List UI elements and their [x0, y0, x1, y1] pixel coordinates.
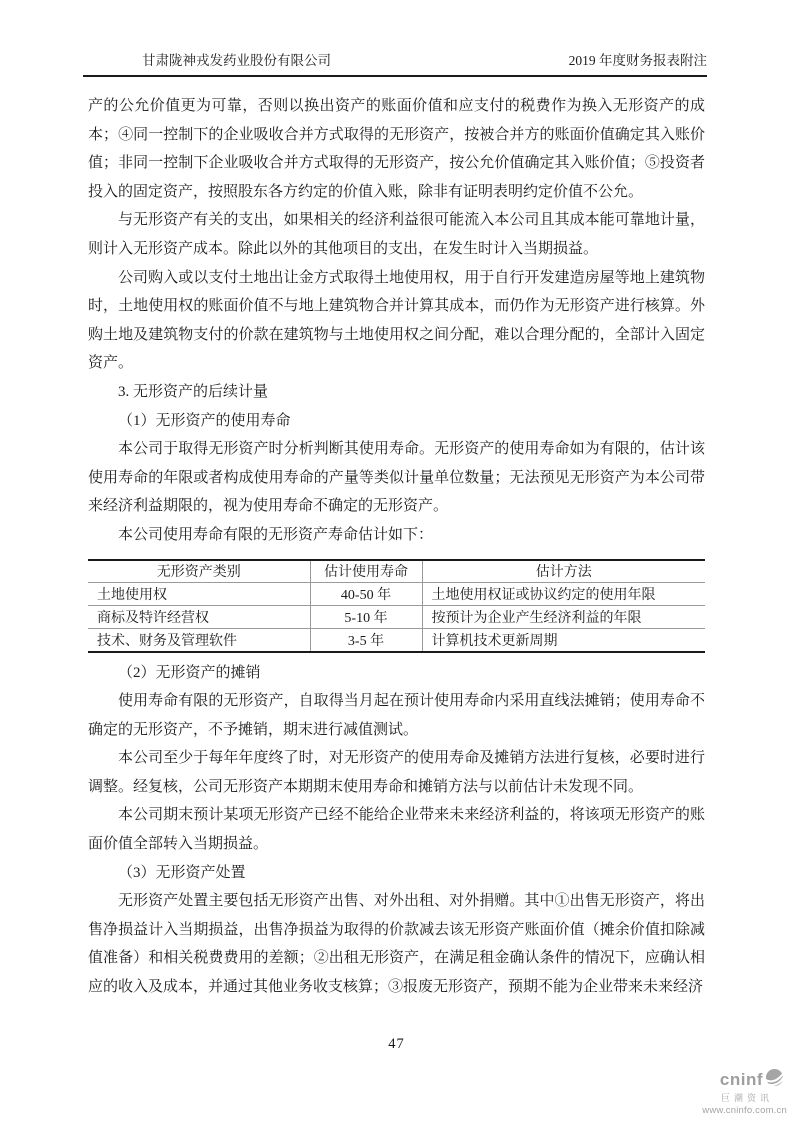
- cell-estimate-method: 计算机技术更新周期: [422, 629, 705, 652]
- useful-life-table: 无形资产类别 估计使用寿命 估计方法 土地使用权 40-50 年 土地使用权证或…: [88, 559, 705, 653]
- cell-useful-life: 40-50 年: [310, 583, 422, 606]
- cell-asset-type: 商标及特许经营权: [88, 606, 310, 629]
- paragraph: 使用寿命有限的无形资产，自取得当月起在预计使用寿命内采用直线法摊销；使用寿命不确…: [88, 687, 705, 744]
- subsection-heading: （2）无形资产的摊销: [88, 659, 705, 688]
- cell-estimate-method: 土地使用权证或协议约定的使用年限: [422, 583, 705, 606]
- paragraph: 本公司至少于每年年度终了时，对无形资产的使用寿命及摊销方法进行复核，必要时进行调…: [88, 744, 705, 801]
- paragraph: 无形资产处置主要包括无形资产出售、对外出租、对外捐赠。其中①出售无形资产，将出售…: [88, 887, 705, 1001]
- document-page: 甘肃陇神戎发药业股份有限公司 2019 年度财务报表附注 产的公允价值更为可靠，…: [0, 0, 793, 1122]
- page-number: 47: [88, 1036, 705, 1053]
- cninfo-logo: cninf 巨潮资讯 www.cninfo.com.cn: [667, 1068, 787, 1116]
- table-row: 商标及特许经营权 5-10 年 按预计为企业产生经济利益的年限: [88, 606, 705, 629]
- paragraph: 本公司于取得无形资产时分析判断其使用寿命。无形资产的使用寿命如为有限的，估计该使…: [88, 435, 705, 521]
- cninfo-brand-text: cninf: [720, 1071, 763, 1088]
- cninfo-swirl-icon: [764, 1068, 785, 1091]
- document-title: 2019 年度财务报表附注: [569, 52, 707, 70]
- column-header-estimate-method: 估计方法: [422, 560, 705, 583]
- section-heading: 3. 无形资产的后续计量: [88, 378, 705, 407]
- paragraph: 本公司期末预计某项无形资产已经不能给企业带来未来经济利益的，将该项无形资产的账面…: [88, 801, 705, 858]
- document-body: 产的公允价值更为可靠，否则以换出资产的账面价值和应支付的税费作为换入无形资产的成…: [88, 92, 705, 1002]
- cell-estimate-method: 按预计为企业产生经济利益的年限: [422, 606, 705, 629]
- table-header-row: 无形资产类别 估计使用寿命 估计方法: [88, 560, 705, 583]
- column-header-asset-type: 无形资产类别: [88, 560, 310, 583]
- cell-asset-type: 技术、财务及管理软件: [88, 629, 310, 652]
- cninfo-cn-name: 巨潮资讯: [667, 1094, 773, 1103]
- cell-asset-type: 土地使用权: [88, 583, 310, 606]
- company-name: 甘肃陇神戎发药业股份有限公司: [142, 52, 331, 70]
- paragraph: 产的公允价值更为可靠，否则以换出资产的账面价值和应支付的税费作为换入无形资产的成…: [88, 92, 705, 206]
- subsection-heading: （3）无形资产处置: [88, 859, 705, 888]
- page-header: 甘肃陇神戎发药业股份有限公司 2019 年度财务报表附注: [83, 52, 707, 77]
- paragraph: 公司购入或以支付土地出让金方式取得土地使用权，用于自行开发建造房屋等地上建筑物时…: [88, 264, 705, 378]
- table-row: 技术、财务及管理软件 3-5 年 计算机技术更新周期: [88, 629, 705, 652]
- cell-useful-life: 5-10 年: [310, 606, 422, 629]
- paragraph: 本公司使用寿命有限的无形资产寿命估计如下：: [88, 521, 705, 550]
- paragraph: 与无形资产有关的支出，如果相关的经济利益很可能流入本公司且其成本能可靠地计量，则…: [88, 206, 705, 263]
- cell-useful-life: 3-5 年: [310, 629, 422, 652]
- table-row: 土地使用权 40-50 年 土地使用权证或协议约定的使用年限: [88, 583, 705, 606]
- column-header-useful-life: 估计使用寿命: [310, 560, 422, 583]
- subsection-heading: （1）无形资产的使用寿命: [88, 407, 705, 436]
- cninfo-url: www.cninfo.com.cn: [667, 1106, 787, 1116]
